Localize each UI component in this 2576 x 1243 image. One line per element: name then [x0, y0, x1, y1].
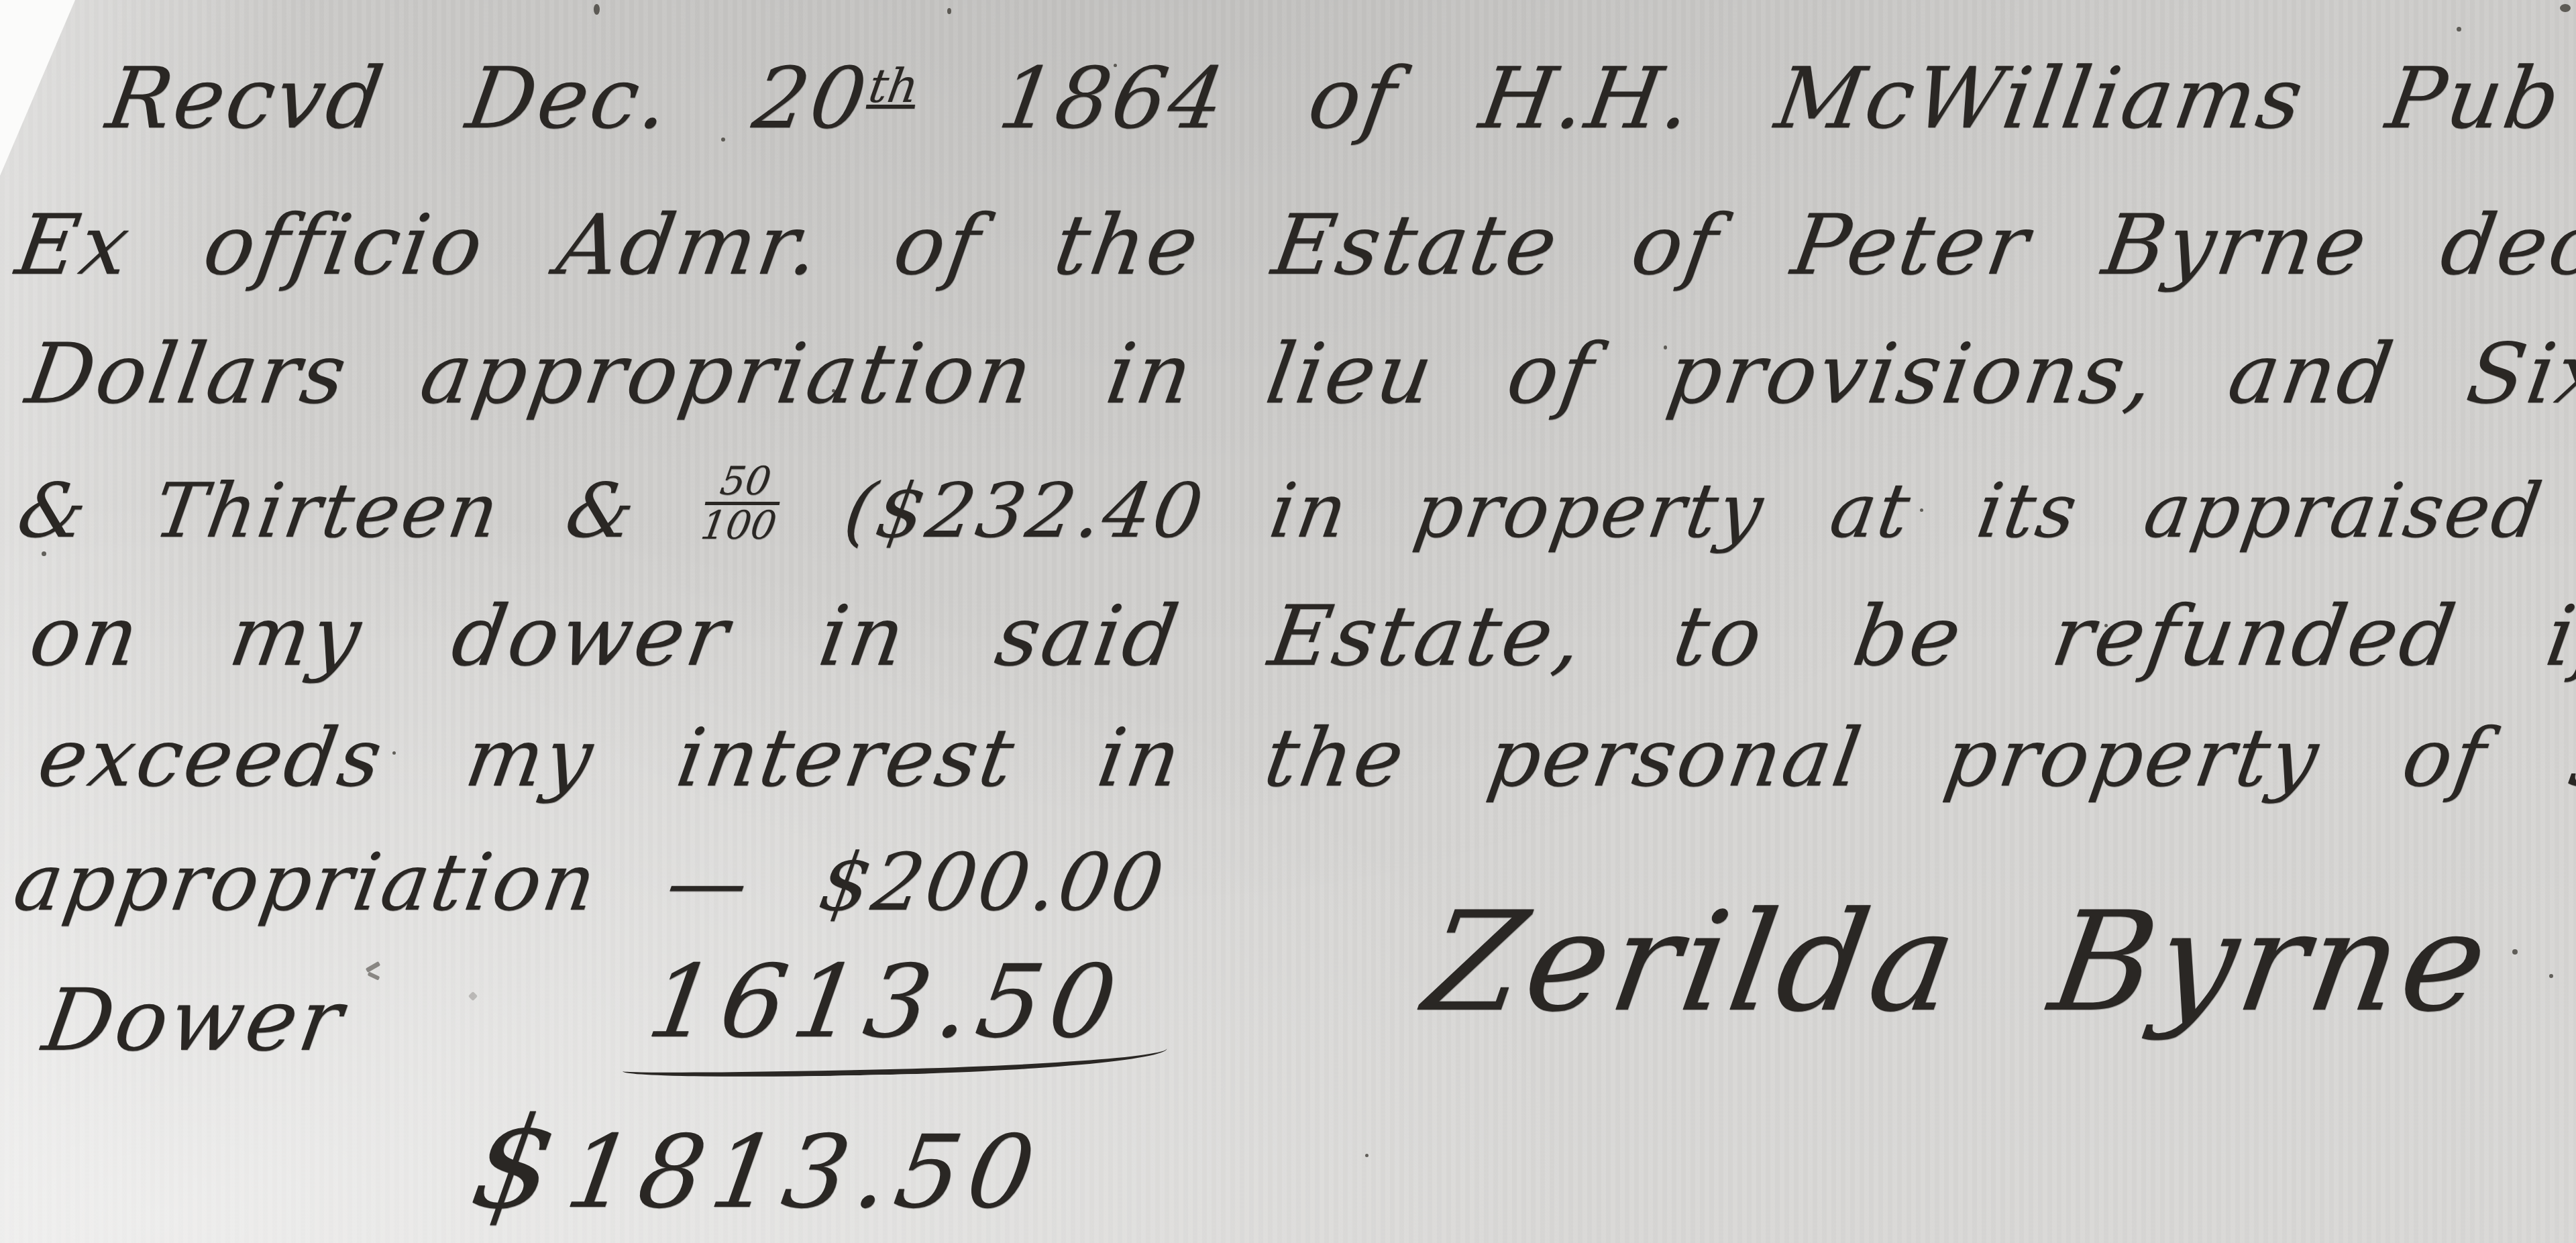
dust-speck — [721, 138, 725, 142]
dust-speck — [2104, 624, 2108, 627]
page-corner-overlay — [0, 0, 75, 176]
tally-addend-amount: 1613.50 — [641, 944, 1132, 1061]
handwriting-line-7: appropriation — $200.00 — [8, 837, 1172, 928]
dust-speck — [832, 389, 835, 392]
handwriting-line-5: on my dower in said Estate, to be refund… — [23, 589, 2576, 685]
dust-speck — [2549, 974, 2553, 978]
dust-speck — [2512, 949, 2518, 955]
handwriting-line-2: Ex officio Admr. of the Estate of Peter … — [10, 198, 2576, 294]
ink-smudge — [366, 961, 381, 973]
dust-speck — [2457, 27, 2461, 32]
cents-fraction: 50100 — [698, 463, 786, 544]
handwriting-line-1: Recvd Dec. 20th 1864 of H.H. McWilliams … — [101, 50, 2569, 148]
handwriting-line-3: Dollars appropriation in lieu of provisi… — [20, 327, 2576, 423]
fraction-denominator: 100 — [698, 505, 779, 544]
ink-smudge — [468, 991, 478, 1001]
dust-speck — [947, 8, 951, 14]
tally-label-dower: Dower — [37, 971, 352, 1070]
dust-speck — [2560, 4, 2571, 12]
line4-pre: & Thirteen & — [12, 468, 710, 555]
dust-speck — [1920, 508, 1923, 512]
line1-pre: Recvd Dec. 20 — [101, 49, 875, 148]
handwriting-line-6: exceeds my interest in the personal prop… — [32, 712, 2576, 805]
line4-post: ($232.40 in property at its appraised va… — [771, 468, 2576, 555]
line1-post: 1864 of H.H. McWilliams Pub — [908, 49, 2569, 148]
dust-speck — [1114, 64, 1117, 67]
dust-speck — [392, 751, 396, 755]
line1-superscript: th — [865, 60, 922, 113]
ink-smudge — [368, 971, 380, 980]
scanned-handwritten-receipt: { "page": { "background_color": "#d5d4d2… — [0, 0, 2576, 1243]
handwriting-line-4: & Thirteen & 50100 ($232.40 in property … — [12, 463, 2576, 555]
dust-speck — [1365, 1154, 1368, 1157]
fraction-numerator: 50 — [704, 463, 786, 505]
total-value: 1813.50 — [559, 1114, 1050, 1231]
signature-text: Zerilda Byrne — [1415, 884, 2501, 1042]
dollar-sign: $ — [463, 1091, 566, 1237]
dust-speck — [42, 551, 46, 556]
tally-total-amount: $1813.50 — [463, 1092, 1053, 1237]
dust-speck — [1664, 345, 1667, 349]
dust-speck — [594, 4, 600, 15]
